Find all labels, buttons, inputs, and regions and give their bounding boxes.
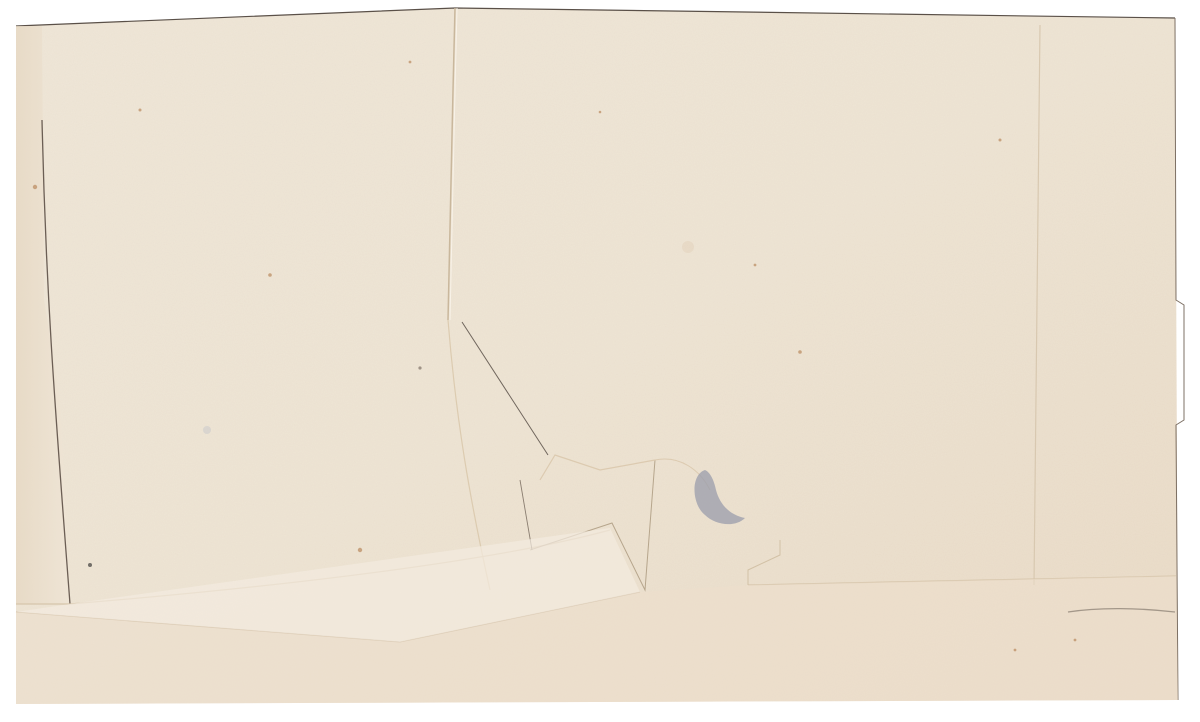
folded-letter-illustration <box>0 0 1200 722</box>
letter-photo <box>0 0 1200 722</box>
